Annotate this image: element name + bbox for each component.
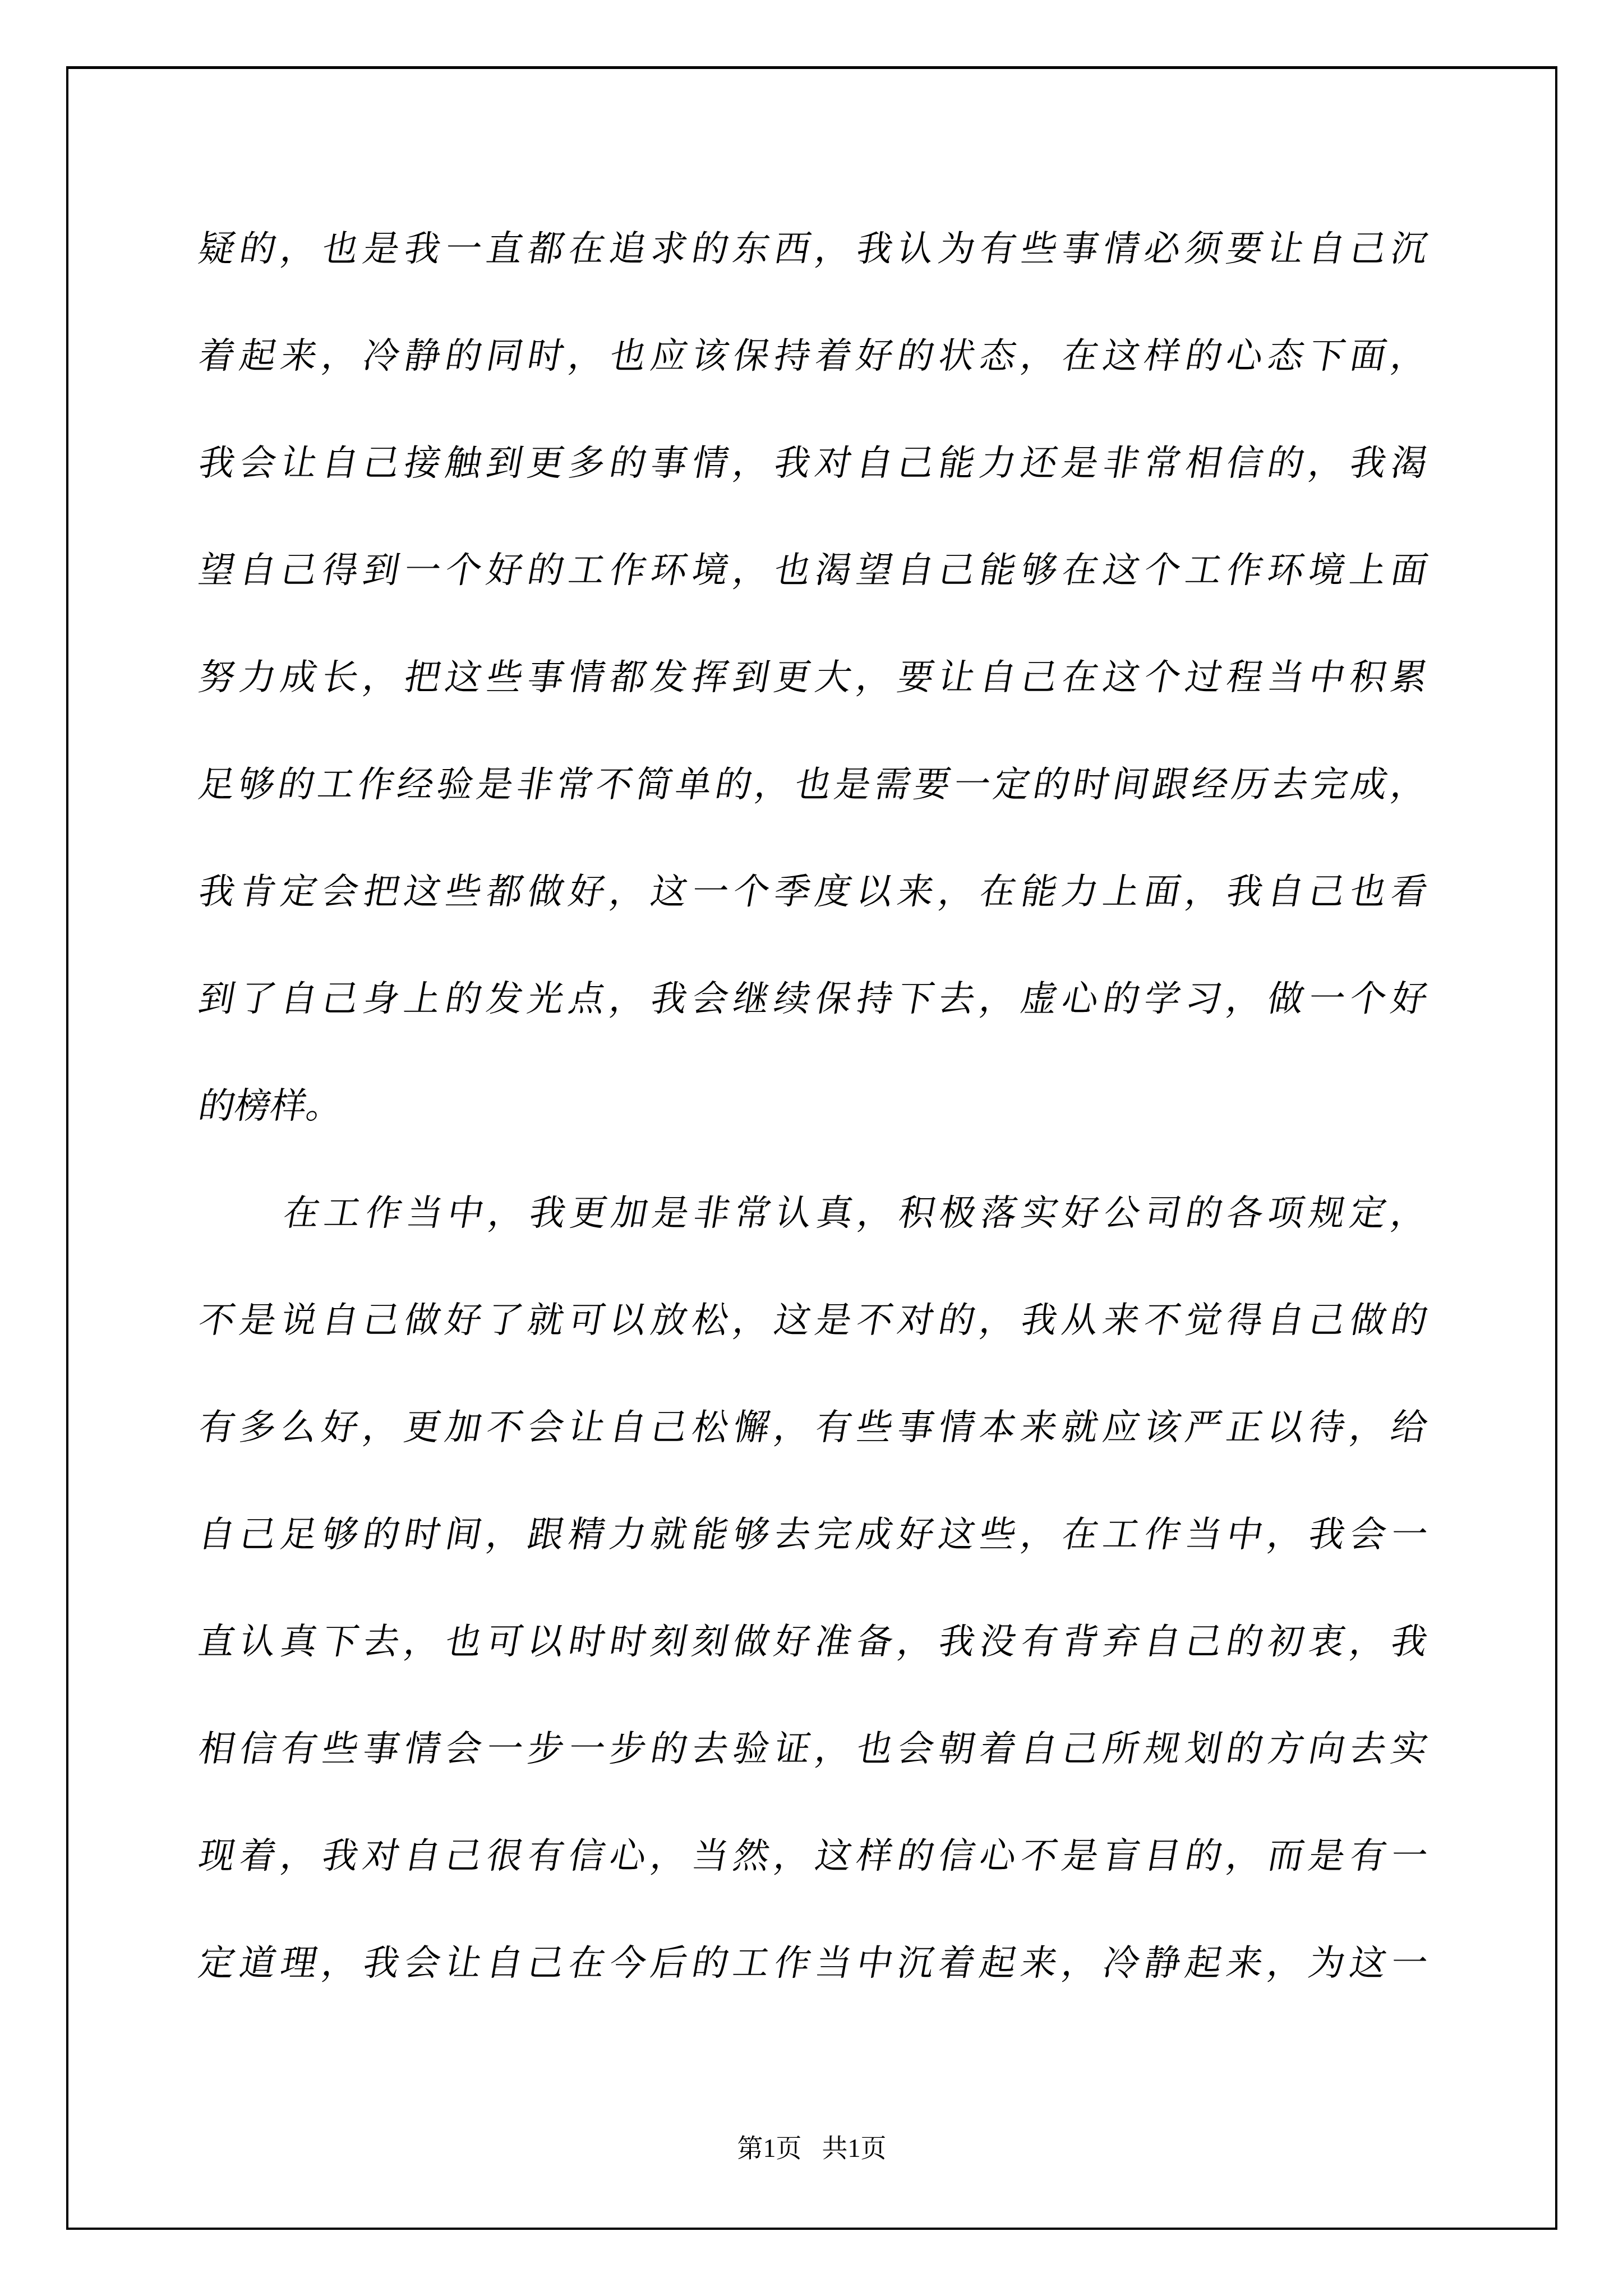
text-line: 足够的工作经验是非常不简单的，也是需要一定的时间跟经历去完成， [190, 731, 1437, 838]
paragraph-2: 在工作当中，我更加是非常认真，积极落实好公司的各项规定， 不是说自己做好了就可以… [199, 1159, 1427, 2017]
page-border-frame: 疑的，也是我一直都在追求的东西，我认为有些事情必须要让自己沉 着起来，冷静的同时… [66, 66, 1557, 2230]
text-line: 有多么好，更加不会让自己松懈，有些事情本来就应该严正以待，给 [190, 1374, 1437, 1481]
text-line: 疑的，也是我一直都在追求的东西，我认为有些事情必须要让自己沉 [190, 195, 1437, 302]
text-line: 努力成长，把这些事情都发挥到更大，要让自己在这个过程当中积累 [190, 624, 1437, 731]
text-line: 自己足够的时间，跟精力就能够去完成好这些，在工作当中，我会一 [190, 1481, 1437, 1588]
paragraph-1: 疑的，也是我一直都在追求的东西，我认为有些事情必须要让自己沉 着起来，冷静的同时… [199, 195, 1427, 1159]
document-body: 疑的，也是我一直都在追求的东西，我认为有些事情必须要让自己沉 着起来，冷静的同时… [199, 195, 1427, 2017]
text-line: 不是说自己做好了就可以放松，这是不对的，我从来不觉得自己做的 [190, 1267, 1437, 1374]
text-line: 着起来，冷静的同时，也应该保持着好的状态，在这样的心态下面， [190, 302, 1437, 409]
text-line: 我肯定会把这些都做好，这一个季度以来，在能力上面，我自己也看 [190, 838, 1437, 945]
page-footer: 第1页共1页 [68, 2132, 1555, 2165]
page-number-label: 第1页 [737, 2134, 802, 2162]
text-line: 直认真下去，也可以时时刻刻做好准备，我没有背弃自己的初衷，我 [190, 1588, 1437, 1695]
text-line: 相信有些事情会一步一步的去验证，也会朝着自己所规划的方向去实 [190, 1695, 1437, 1802]
text-line: 的榜样。 [190, 1052, 1437, 1159]
text-line: 我会让自己接触到更多的事情，我对自己能力还是非常相信的，我渴 [190, 409, 1437, 517]
text-line: 现着，我对自己很有信心，当然，这样的信心不是盲目的，而是有一 [190, 1802, 1437, 1910]
text-line: 到了自己身上的发光点，我会继续保持下去，虚心的学习，做一个好 [190, 945, 1437, 1052]
text-line: 定道理，我会让自己在今后的工作当中沉着起来，冷静起来，为这一 [190, 1910, 1437, 2017]
text-line: 望自己得到一个好的工作环境，也渴望自己能够在这个工作环境上面 [190, 517, 1437, 624]
page-total-label: 共1页 [822, 2134, 887, 2162]
text-line: 在工作当中，我更加是非常认真，积极落实好公司的各项规定， [190, 1159, 1437, 1267]
document-page: 疑的，也是我一直都在追求的东西，我认为有些事情必须要让自己沉 着起来，冷静的同时… [0, 0, 1623, 2296]
